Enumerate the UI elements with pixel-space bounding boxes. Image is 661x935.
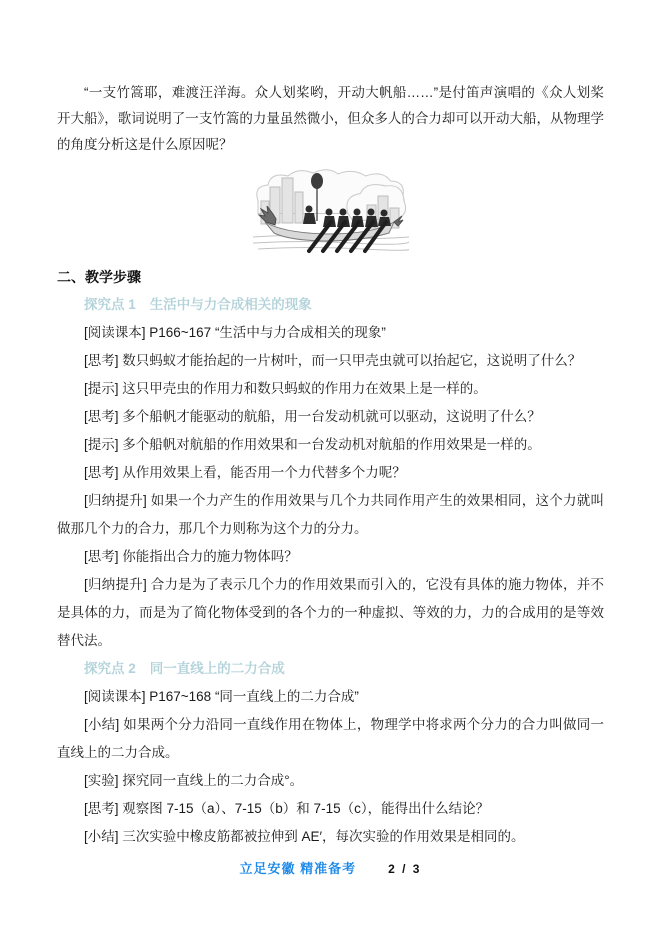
think-item: [思考] 多个船帆才能驱动的航船，用一台发动机就可以驱动，这说明了什么？ [57,403,604,431]
think-item: [思考] 从作用效果上看，能否用一个力代替多个力呢？ [57,459,604,487]
document-body: “一支竹篙耶，难渡汪洋海。众人划桨哟，开动大帆船……”是付笛声演唱的《众人划桨开… [0,0,661,851]
summary-item: [归纳提升] 合力是为了表示几个力的作用效果而引入的，它没有具体的施力物体，并不… [57,571,604,655]
hint-item: [提示] 多个船帆对航船的作用效果和一台发动机对航船的作用效果是一样的。 [57,431,604,459]
explore-point-2-heading: 探究点 2同一直线上的二力合成 [57,655,604,683]
explore-point-2-label: 探究点 2 [84,661,136,676]
explore-point-1-label: 探究点 1 [84,297,136,312]
page-number: 2 / 3 [388,862,421,876]
intro-paragraph: “一支竹篙耶，难渡汪洋海。众人划桨哟，开动大帆船……”是付笛声演唱的《众人划桨开… [57,80,604,158]
drum [311,173,323,189]
reading-item: [阅读课本] P166~167 “生活中与力合成相关的现象” [57,319,604,347]
think-item: [思考] 你能指出合力的施力物体吗？ [57,543,604,571]
summary-item: [小结] 三次实验中橡皮筋都被拉伸到 AE′，每次实验的作用效果是相同的。 [57,823,604,851]
explore-point-1-heading: 探究点 1生活中与力合成相关的现象 [57,291,604,319]
dragon-boat-illustration [253,166,409,259]
think-item: [思考] 观察图 7-15（a）、7-15（b）和 7-15（c），能得出什么结… [57,795,604,823]
section-heading: 二、教学步骤 [57,263,604,291]
reading-item: [阅读课本] P167~168 “同一直线上的二力合成” [57,683,604,711]
document-page: “一支竹篙耶，难渡汪洋海。众人划桨哟，开动大帆船……”是付笛声演唱的《众人划桨开… [0,0,661,935]
explore-point-2-title: 同一直线上的二力合成 [150,661,285,676]
think-item: [思考] 数只蚂蚁才能抬起的一片树叶，而一只甲壳虫就可以抬起它，这说明了什么？ [57,347,604,375]
summary-item: [归纳提升] 如果一个力产生的作用效果与几个力共同作用产生的效果相同，这个力就叫… [57,487,604,543]
summary-item: [小结] 如果两个分力沿同一直线作用在物体上，物理学中将求两个分力的合力叫做同一… [57,711,604,767]
explore-point-1-title: 生活中与力合成相关的现象 [150,297,312,312]
experiment-item: [实验] 探究同一直线上的二力合成°。 [57,767,604,795]
footer-slogan: 立足安徽 精准备考 [240,858,357,877]
hint-item: [提示] 这只甲壳虫的作用力和数只蚂蚁的作用力在效果上是一样的。 [57,375,604,403]
page-footer: 立足安徽 精准备考 2 / 3 [0,858,661,877]
